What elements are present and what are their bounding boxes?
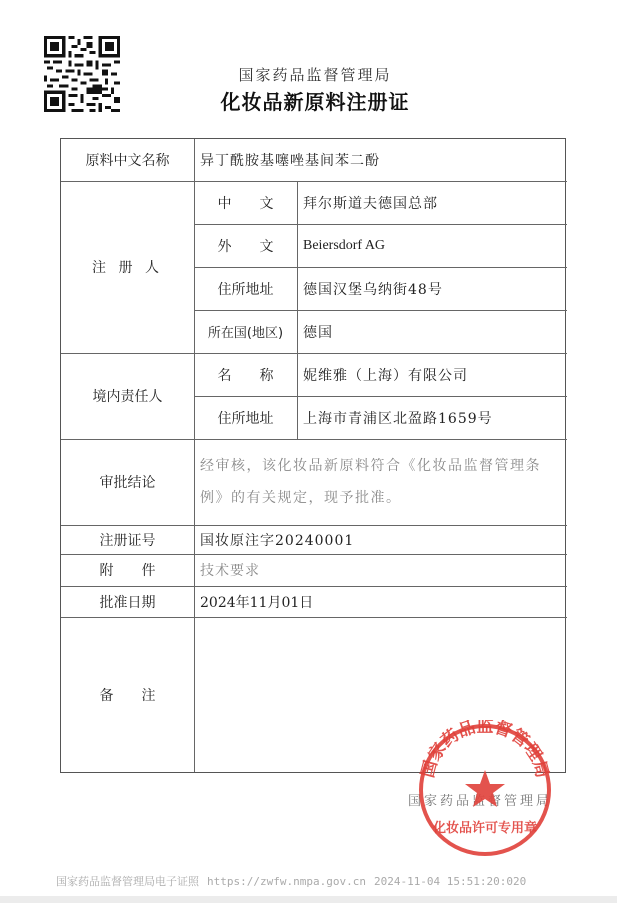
label-approval-date: 批准日期 — [61, 586, 194, 617]
value-registration-no: 国妆原注字20240001 — [194, 525, 567, 554]
value-domestic-address: 上海市青浦区北盈路1659号 — [297, 396, 567, 439]
value-registrant-chinese: 拜尔斯道夫德国总部 — [297, 181, 567, 224]
label-attachment: 附 件 — [61, 554, 194, 586]
bottom-bar — [0, 896, 617, 903]
value-approval-conclusion: 经审核，该化妆品新原料符合《化妆品监督管理条例》的有关规定，现予批准。 — [200, 450, 560, 514]
value-attachment: 技术要求 — [194, 554, 567, 586]
value-approval-date: 2024年11月01日 — [194, 586, 567, 617]
label-domestic-name: 名 称 — [194, 353, 297, 396]
agency-name: 国家药品监督管理局 — [200, 64, 430, 85]
seal-inner-text: 化妆品许可专用章 — [432, 820, 537, 836]
value-registrant-foreign: Beiersdorf AG — [297, 224, 567, 267]
star-icon — [465, 770, 505, 807]
footer-source: 国家药品监督管理局电子证照 — [56, 875, 199, 888]
label-domestic-address: 住所地址 — [194, 396, 297, 439]
official-seal: 国家药品监督管理局 化妆品许可专用章 — [410, 720, 560, 860]
label-registrant-chinese: 中 文 — [194, 181, 297, 224]
label-domestic-responsible: 境内责任人 — [61, 353, 194, 439]
footer-url[interactable]: https://zwfw.nmpa.gov.cn — [207, 875, 366, 888]
value-registrant-country: 德国 — [297, 310, 567, 353]
value-raw-material-name: 异丁酰胺基噻唑基间苯二酚 — [194, 139, 567, 181]
label-raw-material-name: 原料中文名称 — [61, 139, 194, 181]
label-registrant-country: 所在国(地区) — [194, 310, 297, 353]
certificate-title: 化妆品新原料注册证 — [200, 86, 430, 115]
label-registrant-address: 住所地址 — [194, 267, 297, 310]
label-registrant-foreign: 外 文 — [194, 224, 297, 267]
value-registrant-address: 德国汉堡乌纳街48号 — [297, 267, 567, 310]
value-domestic-name: 妮维雅（上海）有限公司 — [297, 353, 567, 396]
qr-code — [42, 36, 122, 112]
label-remarks: 备 注 — [61, 617, 194, 772]
label-registration-no: 注册证号 — [61, 525, 194, 554]
label-registrant: 注 册 人 — [61, 181, 194, 353]
footer-timestamp: 2024-11-04 15:51:20:020 — [374, 875, 526, 888]
footer: 国家药品监督管理局电子证照https://zwfw.nmpa.gov.cn202… — [56, 873, 526, 889]
label-approval-conclusion: 审批结论 — [61, 439, 194, 525]
